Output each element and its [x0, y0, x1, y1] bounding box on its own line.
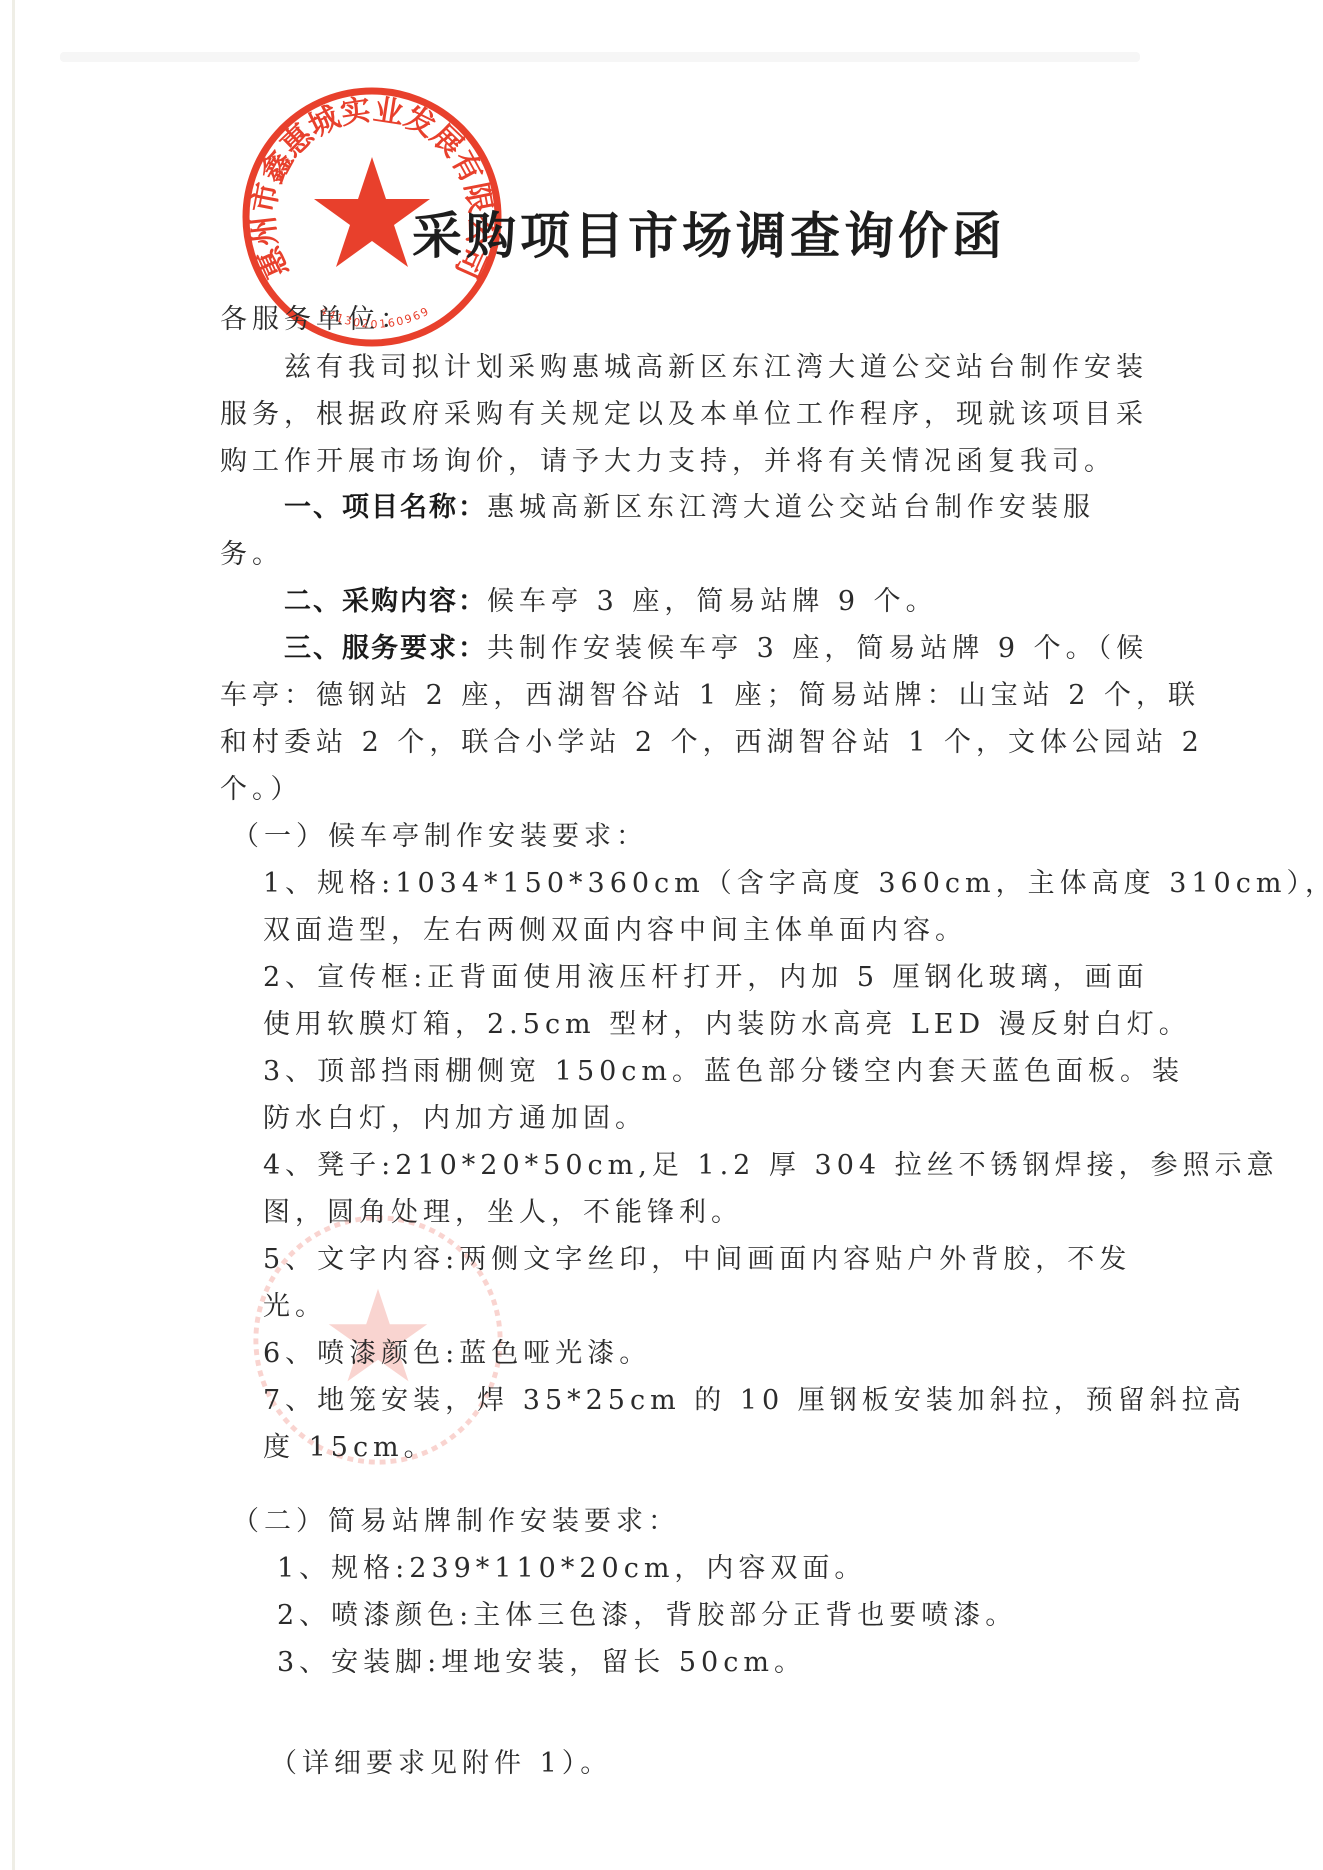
intro-line-1: 兹有我司拟计划采购惠城高新区东江湾大道公交站台制作安装	[284, 344, 1148, 391]
subsection-1-line-2: 双面造型，左右两侧双面内容中间主体单面内容。	[263, 907, 967, 954]
subsection-1-line-5: 3、顶部挡雨棚侧宽 150cm。蓝色部分镂空内套天蓝色面板。装	[263, 1048, 1184, 1095]
section-2-heading: 二、采购内容：	[284, 586, 487, 617]
section-3-text-4: 个。）	[220, 766, 303, 813]
subsection-1-line-4: 使用软膜灯箱，2.5cm 型材，内装防水高亮 LED 漫反射白灯。	[263, 1001, 1191, 1048]
subsection-1-heading: （一）候车亭制作安装要求：	[232, 813, 648, 860]
subsection-1-line-1: 1、规格:1034*150*360cm（含字高度 360cm，主体高度 310c…	[263, 860, 1323, 907]
subsection-1-line-7: 4、凳子:210*20*50cm,足 1.2 厚 304 拉丝不锈钢焊接，参照示…	[263, 1142, 1279, 1189]
section-1-heading: 一、项目名称：	[284, 492, 487, 523]
salutation: 各服务单位：	[220, 296, 412, 343]
subsection-1-line-13: 度 15cm。	[263, 1424, 436, 1471]
subsection-1-line-10: 光。	[263, 1283, 327, 1330]
section-1-text: 惠城高新区东江湾大道公交站台制作安装服	[487, 492, 1095, 523]
document-page: 惠州市鑫惠城实业发展有限公司 4413020160969 采购项目市场调查询价函…	[0, 0, 1323, 1870]
scan-edge-line	[12, 0, 15, 1870]
section-2-text: 候车亭 3 座，简易站牌 9 个。	[487, 586, 938, 617]
intro-line-2: 服务，根据政府采购有关规定以及本单位工作程序，现就该项目采	[220, 391, 1148, 438]
subsection-1-line-8: 图，圆角处理，坐人，不能锋利。	[263, 1189, 743, 1236]
subsection-1-line-3: 2、宣传框:正背面使用液压杆打开，内加 5 厘钢化玻璃，画面	[263, 954, 1149, 1001]
subsection-2-heading: （二）简易站牌制作安装要求：	[232, 1498, 680, 1545]
intro-line-3: 购工作开展市场询价，请予大力支持，并将有关情况函复我司。	[220, 438, 1116, 485]
subsection-1-line-9: 5、文字内容:两侧文字丝印，中间画面内容贴户外背胶，不发	[263, 1236, 1131, 1283]
subsection-1-line-11: 6、喷漆颜色:蓝色哑光漆。	[263, 1330, 651, 1377]
section-3-heading: 三、服务要求：	[284, 633, 487, 664]
section-3: 三、服务要求：共制作安装候车亭 3 座，简易站牌 9 个。（候	[284, 625, 1148, 672]
section-3-text-2: 车亭：德钢站 2 座，西湖智谷站 1 座；简易站牌：山宝站 2 个，联	[220, 672, 1200, 719]
document-title: 采购项目市场调查询价函	[412, 196, 1006, 268]
attachment-note: （详细要求见附件 1）。	[270, 1740, 612, 1787]
scan-artifact-line	[60, 52, 1140, 62]
subsection-2-line-1: 1、规格:239*110*20cm，内容双面。	[277, 1545, 866, 1592]
subsection-1-line-6: 防水白灯，内加方通加固。	[263, 1095, 647, 1142]
subsection-1-line-12: 7、地笼安装，焊 35*25cm 的 10 厘钢板安装加斜拉，预留斜拉高	[263, 1377, 1246, 1424]
subsection-2-line-3: 3、安装脚:埋地安装，留长 50cm。	[277, 1639, 806, 1686]
section-1: 一、项目名称：惠城高新区东江湾大道公交站台制作安装服	[284, 484, 1095, 531]
section-3-text: 共制作安装候车亭 3 座，简易站牌 9 个。（候	[487, 633, 1148, 664]
section-3-text-3: 和村委站 2 个，联合小学站 2 个，西湖智谷站 1 个，文体公园站 2	[220, 719, 1204, 766]
section-2: 二、采购内容：候车亭 3 座，简易站牌 9 个。	[284, 578, 938, 625]
subsection-2-line-2: 2、喷漆颜色:主体三色漆，背胶部分正背也要喷漆。	[277, 1592, 1017, 1639]
section-1-text-cont: 务。	[220, 531, 284, 578]
